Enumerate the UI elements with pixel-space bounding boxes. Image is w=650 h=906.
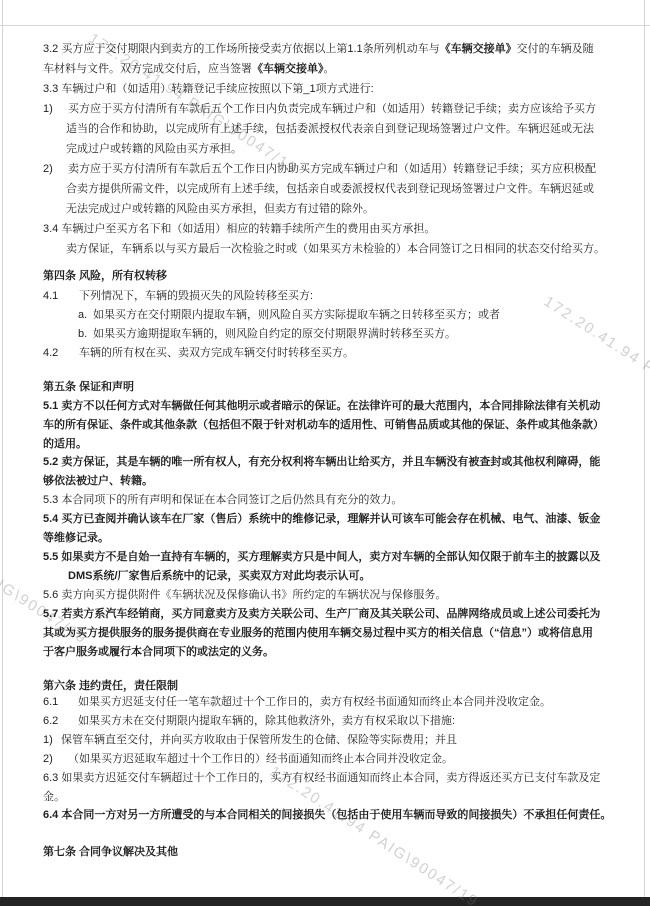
clause-number: 2)	[43, 752, 53, 766]
clause-number: 4.2	[43, 346, 58, 360]
clause-number: 4.1	[43, 289, 58, 303]
clause-number: 1)	[43, 733, 53, 747]
clause-number: 1)	[43, 102, 53, 116]
document-text-layer: 3.2 买方应于交付期限内到卖方的工作场所接受卖方依据以上第1.1条所列机动车与…	[0, 0, 650, 906]
clause-number: 2)	[43, 162, 53, 176]
clause-number: 6.1	[43, 695, 58, 709]
clause-number: a.	[78, 308, 87, 322]
clause-number: 6.2	[43, 714, 58, 728]
document-page: 172.20.41.94 PAIG\90047/19172.20.41.94 P…	[0, 0, 650, 906]
clause-number: b.	[78, 327, 87, 341]
